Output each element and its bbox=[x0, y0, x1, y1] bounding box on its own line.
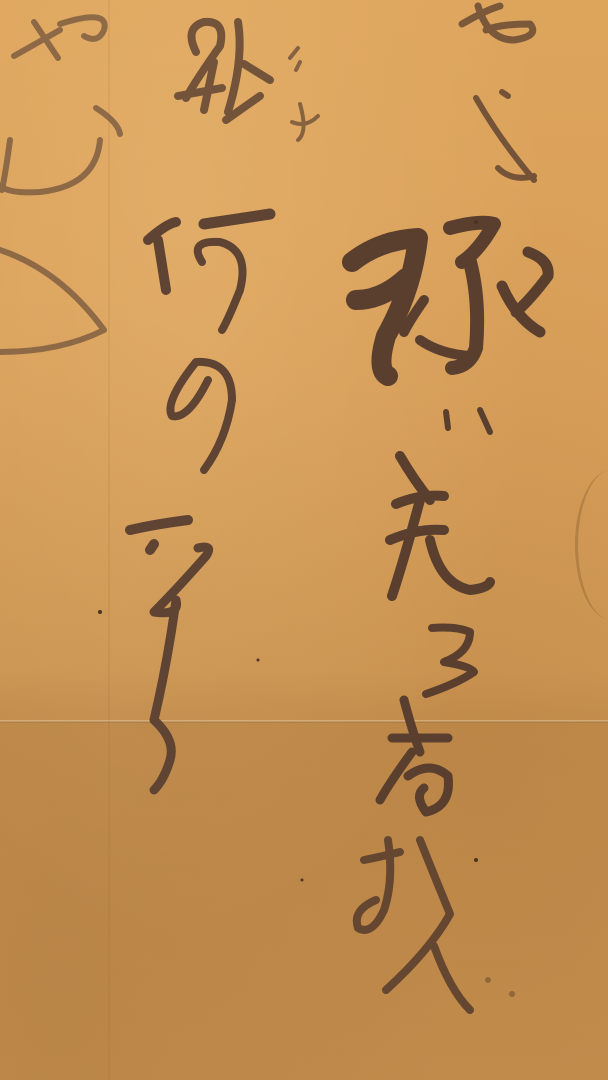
middle-column-strokes bbox=[130, 22, 318, 790]
ink-strokes bbox=[0, 0, 608, 1080]
right-column-strokes bbox=[352, 6, 548, 1010]
calligraphy-photo: やくよ孫は見ろ右れ 鯨河の子わり だいな やじ bbox=[0, 0, 608, 1080]
left-column-strokes bbox=[0, 17, 120, 352]
